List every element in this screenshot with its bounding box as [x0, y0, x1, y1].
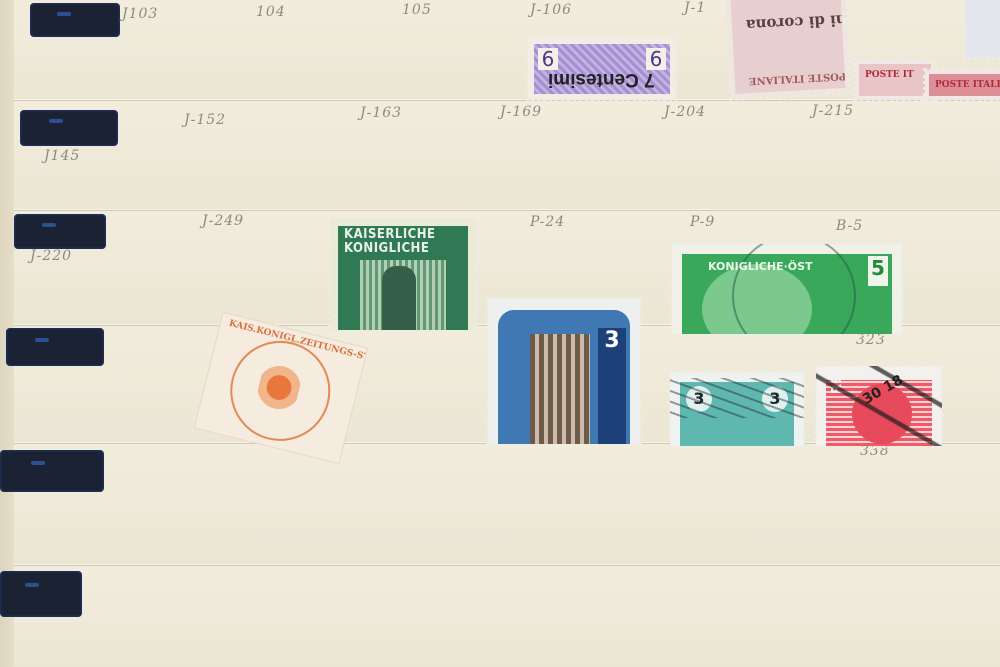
- catalog-label: J-152: [184, 112, 226, 128]
- stamp-rose-overprint: centesimi di corona POSTE ITALIANE: [725, 0, 850, 99]
- catalog-label: 105: [402, 2, 432, 18]
- album-strip-6: [14, 565, 1000, 667]
- catalog-label: J-204: [664, 104, 706, 120]
- stamp-blue-parliament: 3: [488, 298, 640, 444]
- album-strip-1: [14, 0, 1000, 101]
- stamp-green-kaiserliche: KAISERLICHEKONIGLICHE: [330, 218, 476, 330]
- catalog-label: J-220: [30, 248, 72, 264]
- catalog-label: J-1: [684, 0, 706, 16]
- album-page: J103 104 105 J-106 J-1 J145 J-152 J-163 …: [0, 0, 1000, 667]
- marker-block-5: [0, 450, 104, 492]
- catalog-label: J-249: [202, 213, 244, 229]
- album-strip-5: [14, 443, 1000, 566]
- catalog-label: J-169: [500, 104, 542, 120]
- marker-block-3: [14, 214, 106, 249]
- marker-block-4: [6, 328, 104, 366]
- marker-block-2: [20, 110, 118, 146]
- catalog-label: J145: [44, 148, 80, 164]
- catalog-label: J103: [122, 6, 158, 22]
- stamp-grey-partial: [965, 0, 1000, 58]
- stamp-teal-3-kreuzer: 3 3: [670, 372, 804, 446]
- catalog-label: J-215: [812, 103, 854, 119]
- marker-block-1: [30, 3, 120, 37]
- stamp-purple-overprint: 6 6 7 Centesimi: [528, 38, 676, 100]
- stamp-green-5-heller: 5 KONIGLICHE·ÖST: [672, 244, 902, 334]
- catalog-label: J-106: [530, 2, 572, 18]
- catalog-label: 323: [856, 332, 886, 348]
- catalog-label: 104: [256, 4, 286, 20]
- stamp-red-poste-it: POSTE IT: [855, 60, 935, 100]
- marker-block-6: [0, 571, 82, 617]
- catalog-label: P-9: [690, 214, 715, 230]
- stamp-red-poste-italiane: POSTE ITALIANE: [925, 70, 1000, 100]
- catalog-label: P-24: [530, 214, 565, 230]
- catalog-label: B-5: [836, 218, 863, 234]
- catalog-label: J-163: [360, 105, 402, 121]
- stamp-red-eagle: REICH 30 18: [816, 366, 942, 446]
